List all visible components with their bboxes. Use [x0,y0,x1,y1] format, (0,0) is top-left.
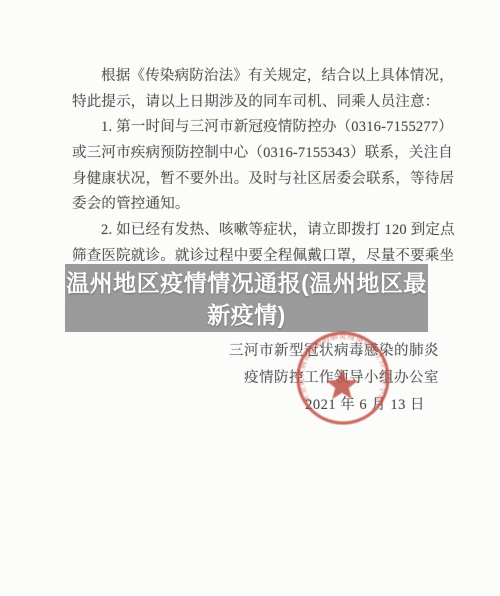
document-text-line: 或三河市疾病预防控制中心（0316-7155343）联系，关注自 [72,141,444,167]
headline-line2: 新疫情) [65,299,428,331]
document-text-line: 身健康状况，暂不要外出。及时与社区居委会联系，等待居 [72,167,444,193]
document-text-line: 2. 如已经有发热、咳嗽等症状，请立即拨打 120 到定点 [72,218,444,244]
document-page: 根据《传染病防治法》有关规定，结合以上具体情况，特此提示，请以上日期涉及的同车司… [0,0,500,596]
document-text-line: 1. 第一时间与三河市新冠疫情防控办（0316-7155277） [72,115,444,141]
document-text-line: 委会的管控通知。 [72,192,444,218]
signature-date: 2021 年 6 月 13 日 [0,392,439,419]
document-body-text: 根据《传染病防治法》有关规定，结合以上具体情况，特此提示，请以上日期涉及的同车司… [72,64,444,270]
signature-block: 三河市新型冠状病毒感染的肺炎 疫情防控工作领导小组办公室 2021 年 6 月 … [0,338,439,419]
headline-banner: 温州地区疫情情况通报(温州地区最 新疫情) [65,264,428,332]
document-text-line: 特此提示，请以上日期涉及的同车司机、同乘人员注意： [72,90,444,116]
signature-org-line2: 疫情防控工作领导小组办公室 [0,365,439,392]
signature-org-line1: 三河市新型冠状病毒感染的肺炎 [0,338,439,365]
headline-line1: 温州地区疫情情况通报(温州地区最 [65,267,428,299]
document-text-line: 根据《传染病防治法》有关规定，结合以上具体情况， [72,64,444,90]
